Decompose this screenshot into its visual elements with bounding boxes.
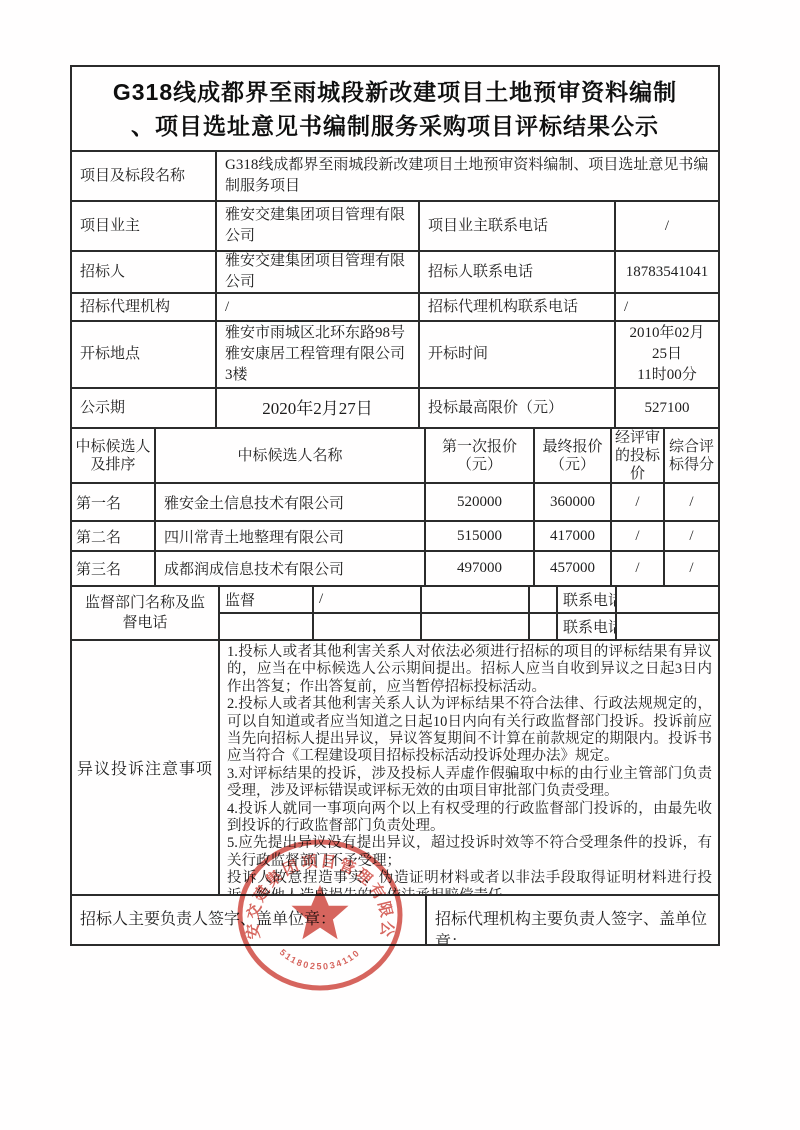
max-price-label: 投标最高限价（元） — [420, 389, 616, 427]
document-page: G318线成都界至雨城段新改建项目土地预审资料编制 、项目选址意见书编制服务采购… — [0, 0, 800, 1130]
agency-phone-label: 招标代理机构联系电话 — [420, 294, 616, 320]
supervision-dept-label-2 — [220, 614, 314, 639]
project-name-value: G318线成都界至雨城段新改建项目土地预审资料编制、项目选址意见书编制服务项目 — [217, 152, 718, 200]
candidate-2-score: / — [665, 522, 718, 550]
open-time-clock: 11时00分 — [637, 365, 696, 386]
candidates-header-reviewed-price: 经评审的投标价 — [612, 429, 665, 482]
notice-item-3: 3.对评标结果的投诉，涉及投标人弄虚作假骗取中标的由行业主管部门负责受理，涉及评… — [227, 766, 712, 801]
tenderer-phone-value: 18783541041 — [616, 252, 718, 292]
supervision-subrow-1: 监督 / 联系电话 — [220, 587, 718, 614]
agency-signature-label: 招标代理机构主要负责人签字、盖单位章： — [427, 896, 718, 944]
supervision-empty-narrow-1 — [530, 587, 558, 612]
candidate-1-final-price: 360000 — [535, 484, 612, 520]
candidates-header-rank: 中标候选人及排序 — [72, 429, 156, 482]
supervision-empty-2 — [422, 614, 530, 639]
candidates-header-first-price: 第一次报价（元） — [426, 429, 535, 482]
candidate-3-final-price: 457000 — [535, 552, 612, 585]
supervision-phone-label-1: 联系电话 — [558, 587, 617, 612]
open-time-date: 2010年02月25日 — [624, 323, 710, 365]
candidate-row-3: 第三名 成都润成信息技术有限公司 497000 457000 / / — [72, 552, 718, 587]
candidate-2-rank: 第二名 — [72, 522, 156, 550]
notice-item-1: 1.投标人或者其他利害关系人对依法必须进行招标的项目的评标结果有异议的，应当在中… — [227, 644, 712, 696]
candidate-2-first-price: 515000 — [426, 522, 535, 550]
publicity-value: 2020年2月27日 — [217, 389, 420, 427]
candidate-1-first-price: 520000 — [426, 484, 535, 520]
candidates-header-row: 中标候选人及排序 中标候选人名称 第一次报价（元） 最终报价（元） 经评审的投标… — [72, 429, 718, 484]
supervision-label: 监督部门名称及监督电话 — [72, 587, 220, 639]
candidate-row-2: 第二名 四川常青土地整理有限公司 515000 417000 / / — [72, 522, 718, 552]
open-time-value: 2010年02月25日 11时00分 — [616, 322, 718, 387]
bid-opening-row: 开标地点 雅安市雨城区北环东路98号雅安康居工程管理有限公司3楼 开标时间 20… — [72, 322, 718, 389]
notice-row: 异议投诉注意事项 1.投标人或者其他利害关系人对依法必须进行招标的项目的评标结果… — [72, 641, 718, 896]
publicity-label: 公示期 — [72, 389, 217, 427]
candidate-3-rank: 第三名 — [72, 552, 156, 585]
document-title-line2: 、项目选址意见书编制服务采购项目评标结果公示 — [72, 109, 718, 143]
candidates-header-score: 综合评标得分 — [665, 429, 718, 482]
supervision-empty-1 — [422, 587, 530, 612]
seal-code: 5118025034110 — [278, 947, 363, 971]
candidate-1-rank: 第一名 — [72, 484, 156, 520]
notice-item-5: 5.应先提出异议没有提出异议，超过投诉时效等不符合受理条件的投诉，有关行政监督部… — [227, 835, 712, 870]
supervision-subrow-2: 联系电话 — [220, 614, 718, 639]
open-time-label: 开标时间 — [420, 322, 616, 387]
tenderer-phone-label: 招标人联系电话 — [420, 252, 616, 292]
project-name-row: 项目及标段名称 G318线成都界至雨城段新改建项目土地预审资料编制、项目选址意见… — [72, 152, 718, 202]
candidates-header-name: 中标候选人名称 — [156, 429, 426, 482]
notice-label: 异议投诉注意事项 — [72, 641, 220, 894]
supervision-dept-value-2 — [314, 614, 422, 639]
supervision-row: 监督部门名称及监督电话 监督 / 联系电话 联系电话 — [72, 587, 718, 641]
candidate-1-reviewed-price: / — [612, 484, 665, 520]
notice-item-4: 4.投诉人就同一事项向两个以上有权受理的行政监督部门投诉的，由最先收到投诉的行政… — [227, 801, 712, 836]
candidate-1-name: 雅安金土信息技术有限公司 — [156, 484, 426, 520]
owner-value: 雅安交建集团项目管理有限公司 — [217, 202, 420, 250]
tenderer-row: 招标人 雅安交建集团项目管理有限公司 招标人联系电话 18783541041 — [72, 252, 718, 294]
supervision-phone-value-1 — [617, 587, 718, 612]
candidate-2-reviewed-price: / — [612, 522, 665, 550]
announcement-table: G318线成都界至雨城段新改建项目土地预审资料编制 、项目选址意见书编制服务采购… — [70, 65, 720, 946]
supervision-phone-label-2: 联系电话 — [558, 614, 617, 639]
owner-row: 项目业主 雅安交建集团项目管理有限公司 项目业主联系电话 / — [72, 202, 718, 252]
notice-item-2: 2.投标人或者其他利害关系人认为评标结果不符合法律、行政法规规定的，可以自知道或… — [227, 696, 712, 766]
agency-value: / — [217, 294, 420, 320]
supervision-empty-narrow-2 — [530, 614, 558, 639]
tenderer-signature-label: 招标人主要负责人签字、盖单位章： — [72, 896, 427, 944]
max-price-value: 527100 — [616, 389, 718, 427]
document-title: G318线成都界至雨城段新改建项目土地预审资料编制 、项目选址意见书编制服务采购… — [72, 67, 718, 150]
owner-phone-label: 项目业主联系电话 — [420, 202, 616, 250]
document-title-line1: G318线成都界至雨城段新改建项目土地预审资料编制 — [72, 75, 718, 109]
tenderer-value: 雅安交建集团项目管理有限公司 — [217, 252, 420, 292]
title-row: G318线成都界至雨城段新改建项目土地预审资料编制 、项目选址意见书编制服务采购… — [72, 67, 718, 152]
supervision-phone-value-2 — [617, 614, 718, 639]
tenderer-label: 招标人 — [72, 252, 217, 292]
owner-phone-value: / — [616, 202, 718, 250]
candidate-3-score: / — [665, 552, 718, 585]
candidate-3-first-price: 497000 — [426, 552, 535, 585]
agency-label: 招标代理机构 — [72, 294, 217, 320]
supervision-grid: 监督 / 联系电话 联系电话 — [220, 587, 718, 639]
project-name-label: 项目及标段名称 — [72, 152, 217, 200]
candidates-header-final-price: 最终报价（元） — [535, 429, 612, 482]
supervision-dept-value: / — [314, 587, 422, 612]
candidate-3-name: 成都润成信息技术有限公司 — [156, 552, 426, 585]
candidate-1-score: / — [665, 484, 718, 520]
owner-label: 项目业主 — [72, 202, 217, 250]
candidate-2-name: 四川常青土地整理有限公司 — [156, 522, 426, 550]
agency-phone-value: / — [616, 294, 718, 320]
supervision-dept-label: 监督 — [220, 587, 314, 612]
publicity-row: 公示期 2020年2月27日 投标最高限价（元） 527100 — [72, 389, 718, 429]
notice-item-5b: 投诉人故意捏造事实、伪造证明材料或者以非法手段取得证明材料进行投诉，给他人造成损… — [227, 870, 712, 894]
candidate-3-reviewed-price: / — [612, 552, 665, 585]
signature-row: 招标人主要负责人签字、盖单位章： 招标代理机构主要负责人签字、盖单位章： — [72, 896, 718, 944]
open-place-value: 雅安市雨城区北环东路98号雅安康居工程管理有限公司3楼 — [217, 322, 420, 387]
candidate-row-1: 第一名 雅安金土信息技术有限公司 520000 360000 / / — [72, 484, 718, 522]
agency-row: 招标代理机构 / 招标代理机构联系电话 / — [72, 294, 718, 322]
notice-body: 1.投标人或者其他利害关系人对依法必须进行招标的项目的评标结果有异议的，应当在中… — [220, 641, 718, 894]
candidate-2-final-price: 417000 — [535, 522, 612, 550]
open-place-label: 开标地点 — [72, 322, 217, 387]
